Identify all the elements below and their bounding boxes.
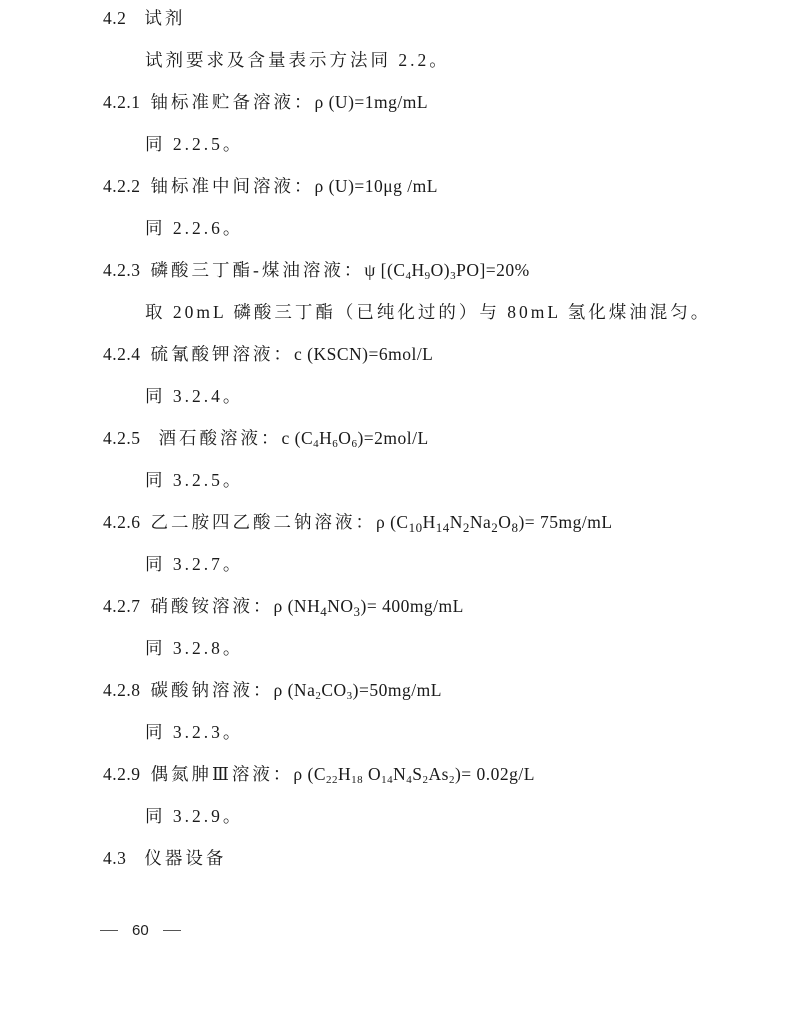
section-body: 试剂要求及含量表示方法同 2.2。	[145, 48, 450, 72]
item-heading-4-2-4: 4.2.4硫氰酸钾溶液：c (KSCN)=6mol/L	[103, 342, 433, 366]
item-heading-4-2-2: 4.2.2铀标准中间溶液：ρ (U)=10μg /mL	[103, 174, 438, 198]
item-heading-4-2-6: 4.2.6乙二胺四乙酸二钠溶液：ρ (C10H14N2Na2O8)= 75mg/…	[103, 510, 613, 534]
item-ref: 同 3.2.7。	[145, 552, 243, 576]
item-ref: 同 3.2.3。	[145, 720, 243, 744]
item-ref: 同 2.2.6。	[145, 216, 243, 240]
formula: c (C4H6O6)=2mol/L	[282, 428, 429, 448]
page-number: 60	[132, 922, 149, 939]
item-ref: 同 3.2.9。	[145, 804, 243, 828]
formula: ρ (C10H14N2Na2O8)= 75mg/mL	[376, 512, 613, 532]
formula: ρ (U)=1mg/mL	[315, 92, 429, 112]
page-footer: 60	[100, 922, 181, 939]
formula: ψ [(C4H9O)3PO]=20%	[364, 260, 529, 280]
item-heading-4-2-1: 4.2.1铀标准贮备溶液：ρ (U)=1mg/mL	[103, 90, 428, 114]
formula: c (KSCN)=6mol/L	[294, 344, 433, 364]
section-heading-4-3: 4.3仪器设备	[103, 846, 226, 870]
dash-right	[163, 930, 181, 931]
formula: ρ (C22H18 O14N4S2As2)= 0.02g/L	[293, 764, 535, 784]
section-title: 试剂	[144, 8, 185, 28]
formula: ρ (NH4NO3)= 400mg/mL	[274, 596, 464, 616]
section-heading-4-2: 4.2试剂	[103, 6, 185, 30]
item-heading-4-2-3: 4.2.3磷酸三丁酯-煤油溶液：ψ [(C4H9O)3PO]=20%	[103, 258, 530, 282]
dash-left	[100, 930, 118, 931]
item-heading-4-2-5: 4.2.5酒石酸溶液：c (C4H6O6)=2mol/L	[103, 426, 429, 450]
item-ref: 同 2.2.5。	[145, 132, 243, 156]
item-heading-4-2-9: 4.2.9偶氮胂Ⅲ溶液：ρ (C22H18 O14N4S2As2)= 0.02g…	[103, 762, 535, 786]
section-number: 4.2	[103, 8, 126, 28]
item-heading-4-2-7: 4.2.7硝酸铵溶液：ρ (NH4NO3)= 400mg/mL	[103, 594, 464, 618]
formula: ρ (U)=10μg /mL	[315, 176, 438, 196]
item-ref: 同 3.2.5。	[145, 468, 243, 492]
item-ref: 同 3.2.4。	[145, 384, 243, 408]
item-ref: 同 3.2.8。	[145, 636, 243, 660]
item-body: 取 20mL 磷酸三丁酯（已纯化过的）与 80mL 氢化煤油混匀。	[145, 300, 711, 324]
formula: ρ (Na2CO3)=50mg/mL	[274, 680, 442, 700]
item-heading-4-2-8: 4.2.8碳酸钠溶液：ρ (Na2CO3)=50mg/mL	[103, 678, 442, 702]
